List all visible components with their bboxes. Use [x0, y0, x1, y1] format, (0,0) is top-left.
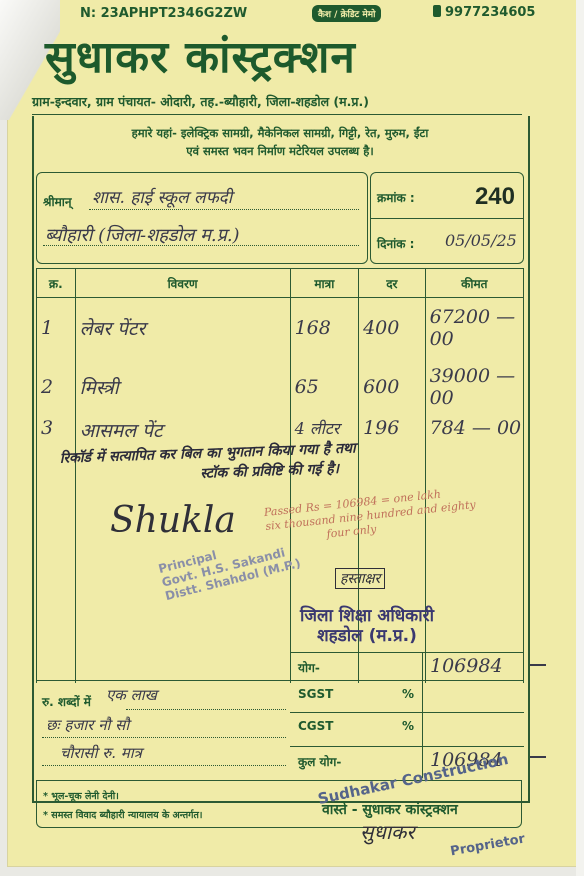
for-company-label: वास्ते - सुधाकर कांस्ट्रक्शन: [322, 800, 458, 819]
words-line-2: छः हजार नौ सौ: [46, 715, 129, 735]
cgst-label: CGST: [298, 719, 333, 733]
words-line-3: चौरासी रु. मात्र: [60, 743, 142, 763]
dotted-line: [42, 737, 286, 738]
row-sno: 1: [37, 298, 76, 358]
cgst-percent: %: [402, 719, 414, 733]
proprietor-signature: सुधाकर: [360, 818, 415, 845]
row-description: लेबर पेंटर: [75, 298, 290, 358]
customer-label: श्रीमान्: [43, 193, 72, 210]
offerings: हमारे यहां- इलेक्ट्रिक सामग्री, मैकेनिकल…: [40, 124, 520, 160]
date-label: दिनांक :: [377, 235, 414, 252]
payment-type-badge: कैश / क्रेडिट मेमो: [312, 5, 381, 22]
row-quantity: 65: [290, 357, 358, 416]
table-row: 2 मिस्त्री 65 600 39000 — 00: [37, 357, 524, 416]
customer-name: शास. हाई स्कूल लफदी: [92, 185, 232, 208]
customer-address: ब्यौहारी (जिला-शहडोल म.प्र.): [45, 223, 240, 247]
dotted-line: [89, 209, 359, 210]
phone-icon: [433, 5, 441, 17]
deo-signature: हस्ताक्षर: [335, 568, 385, 589]
col-rate: दर: [359, 269, 426, 298]
phone-number: 9977234605: [433, 5, 535, 20]
pointer-mark: [530, 664, 546, 666]
footer-note-2: * समस्त विवाद ब्यौहारी न्यायालय के अन्तर…: [43, 808, 203, 821]
business-name: सुधाकर कांस्ट्रक्शन: [45, 30, 525, 86]
serial-label: क्रमांक :: [377, 189, 415, 206]
divider: [422, 652, 423, 778]
amount-in-words-box: रु. शब्दों में एक लाख छः हजार नौ सौ चौरा…: [36, 680, 290, 779]
row-amount: 67200 — 00: [425, 298, 523, 358]
subtotal-label: योग-: [298, 659, 320, 676]
gstin: N: 23APHPT2346G2ZW: [80, 6, 247, 21]
row-rate: 400: [359, 298, 426, 358]
row-amount: 39000 — 00: [425, 357, 523, 416]
words-label: रु. शब्दों में: [42, 693, 91, 710]
deo-stamp: जिला शिक्षा अधिकारी शहडोल (म.प्र.): [300, 606, 434, 646]
words-line-1: एक लाख: [106, 685, 157, 705]
background-edge: [576, 0, 584, 876]
subtotal-row: योग- 106984: [290, 652, 524, 681]
row-sno: 2: [37, 357, 76, 416]
customer-box: श्रीमान् शास. हाई स्कूल लफदी ब्यौहारी (ज…: [36, 172, 368, 264]
cgst-row: CGST %: [290, 712, 524, 741]
col-quantity: मात्रा: [290, 269, 358, 298]
table-header-row: क्र. विवरण मात्रा दर कीमत: [37, 269, 524, 298]
offerings-line-2: एवं समस्त भवन निर्माण मटेरियल उपलब्ध है।: [40, 142, 520, 160]
business-address: ग्राम-इन्दवार, ग्राम पंचायत- ओदारी, तह.-…: [32, 93, 522, 115]
grand-total-label: कुल योग-: [298, 753, 341, 770]
row-quantity: 168: [290, 298, 358, 358]
sgst-label: SGST: [298, 687, 333, 701]
offerings-line-1: हमारे यहां- इलेक्ट्रिक सामग्री, मैकेनिकल…: [40, 124, 520, 142]
dotted-line: [126, 709, 286, 710]
table-row: 1 लेबर पेंटर 168 400 67200 — 00: [37, 298, 524, 358]
row-description: मिस्त्री: [75, 357, 290, 416]
dotted-line: [42, 765, 286, 766]
top-strip: N: 23APHPT2346G2ZW कैश / क्रेडिट मेमो 99…: [30, 0, 560, 28]
col-amount: कीमत: [425, 269, 523, 298]
pointer-mark: [530, 756, 546, 758]
principal-signature: Shukla: [110, 500, 236, 541]
col-sno: क्र.: [37, 269, 76, 298]
footer-note-1: * भूल-चूक लेनी देनी।: [43, 789, 119, 802]
bill-date: 05/05/25: [445, 231, 517, 250]
bill-meta-box: क्रमांक : 240 दिनांक : 05/05/25: [370, 172, 524, 264]
sgst-row: SGST %: [290, 680, 524, 709]
divider: [371, 218, 523, 219]
row-rate: 600: [359, 357, 426, 416]
col-description: विवरण: [75, 269, 290, 298]
sgst-percent: %: [402, 687, 414, 701]
subtotal-value: 106984: [430, 655, 503, 677]
serial-number: 240: [475, 183, 515, 211]
